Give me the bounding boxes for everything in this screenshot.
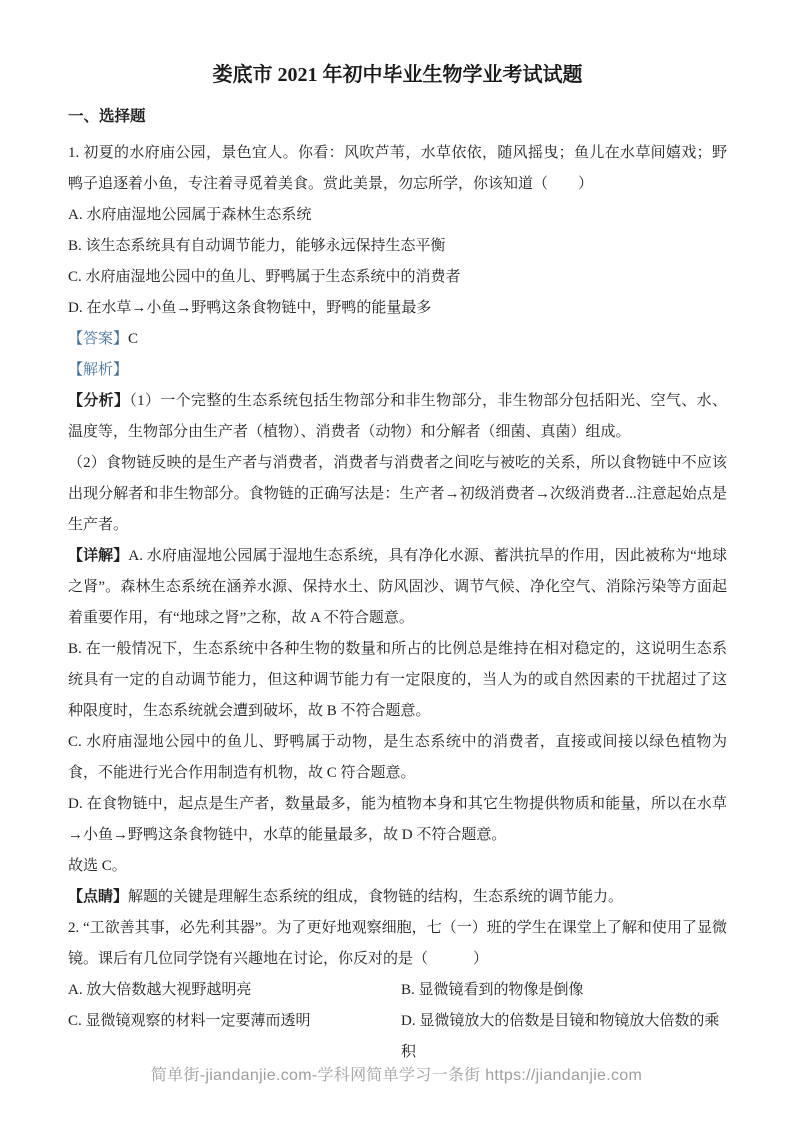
q1-answer-line: 【答案】C (68, 324, 727, 355)
q1-option-a: A. 水府庙湿地公园属于森林生态系统 (68, 200, 727, 231)
q1-answer-label: 【答案】 (68, 331, 128, 347)
q1-xiangjie-label: 【详解】 (68, 548, 128, 564)
section-heading-choice-questions: 一、选择题 (68, 104, 727, 130)
q1-fenxi-label: 【分析】 (68, 393, 129, 409)
q1-analysis-label: 【解析】 (68, 362, 128, 378)
q1-xiangjie-paragraph-d: D. 在食物链中，起点是生产者，数量最多，能为植物本身和其它生物提供物质和能量，… (68, 789, 727, 851)
watermark-footer: 简单街-jiandanjie.com-学科网简单学习一条街 https://ji… (0, 1062, 793, 1085)
q1-fenxi-paragraph-2: （2）食物链反映的是生产者与消费者，消费者与消费者之间吃与被吃的关系，所以食物链… (68, 448, 727, 541)
q1-xiangjie-text-a: A. 水府庙湿地公园属于湿地生态系统，具有净化水源、蓄洪抗旱的作用，因此被称为“… (68, 548, 727, 626)
q2-options-row-2: C. 显微镜观察的材料一定要薄而透明 D. 显微镜放大的倍数是目镜和物镜放大倍数… (68, 1006, 727, 1068)
q2-option-c: C. 显微镜观察的材料一定要薄而透明 (68, 1006, 401, 1068)
page-title: 娄底市 2021 年初中毕业生物学业考试试题 (68, 58, 727, 92)
q1-fenxi-text-1: （1）一个完整的生态系统包括生物部分和非生物部分，非生物部分包括阳光、空气、水、… (68, 393, 727, 440)
q2-option-d: D. 显微镜放大的倍数是目镜和物镜放大倍数的乘积 (401, 1006, 727, 1068)
q2-options-row-1: A. 放大倍数越大视野越明亮 B. 显微镜看到的物像是倒像 (68, 975, 727, 1006)
document-content: 娄底市 2021 年初中毕业生物学业考试试题 一、选择题 1. 初夏的水府庙公园… (0, 0, 793, 1068)
q1-xiangjie-paragraph-b: B. 在一般情况下，生态系统中各种生物的数量和所占的比例总是维持在相对稳定的，这… (68, 634, 727, 727)
q1-dianjing-label: 【点睛】 (68, 889, 128, 905)
q2-stem: 2. “工欲善其事，必先利其器”。为了更好地观察细胞，七（一）班的学生在课堂上了… (68, 913, 727, 975)
q1-dianjing-text: 解题的关键是理解生态系统的组成，食物链的结构，生态系统的调节能力。 (128, 889, 623, 905)
q1-option-d: D. 在水草→小鱼→野鸭这条食物链中，野鸭的能量最多 (68, 293, 727, 324)
q1-dianjing-paragraph: 【点睛】解题的关键是理解生态系统的组成，食物链的结构，生态系统的调节能力。 (68, 882, 727, 913)
q1-stem: 1. 初夏的水府庙公园，景色宜人。你看：风吹芦苇，水草依依，随风摇曳；鱼儿在水草… (68, 138, 727, 200)
q2-option-b: B. 显微镜看到的物像是倒像 (401, 975, 727, 1006)
q1-analysis-heading: 【解析】 (68, 355, 727, 386)
exam-document-page: 娄底市 2021 年初中毕业生物学业考试试题 一、选择题 1. 初夏的水府庙公园… (0, 0, 793, 1122)
q1-xiangjie-paragraph-a: 【详解】A. 水府庙湿地公园属于湿地生态系统，具有净化水源、蓄洪抗旱的作用，因此… (68, 541, 727, 634)
q2-option-a: A. 放大倍数越大视野越明亮 (68, 975, 401, 1006)
q1-answer-value: C (128, 331, 138, 347)
q1-xiangjie-paragraph-c: C. 水府庙湿地公园中的鱼儿、野鸭属于动物，是生态系统中的消费者，直接或间接以绿… (68, 727, 727, 789)
q1-conclusion: 故选 C。 (68, 851, 727, 882)
q1-option-c: C. 水府庙湿地公园中的鱼儿、野鸭属于生态系统中的消费者 (68, 262, 727, 293)
q1-option-b: B. 该生态系统具有自动调节能力，能够永远保持生态平衡 (68, 231, 727, 262)
q1-fenxi-paragraph-1: 【分析】（1）一个完整的生态系统包括生物部分和非生物部分，非生物部分包括阳光、空… (68, 386, 727, 448)
